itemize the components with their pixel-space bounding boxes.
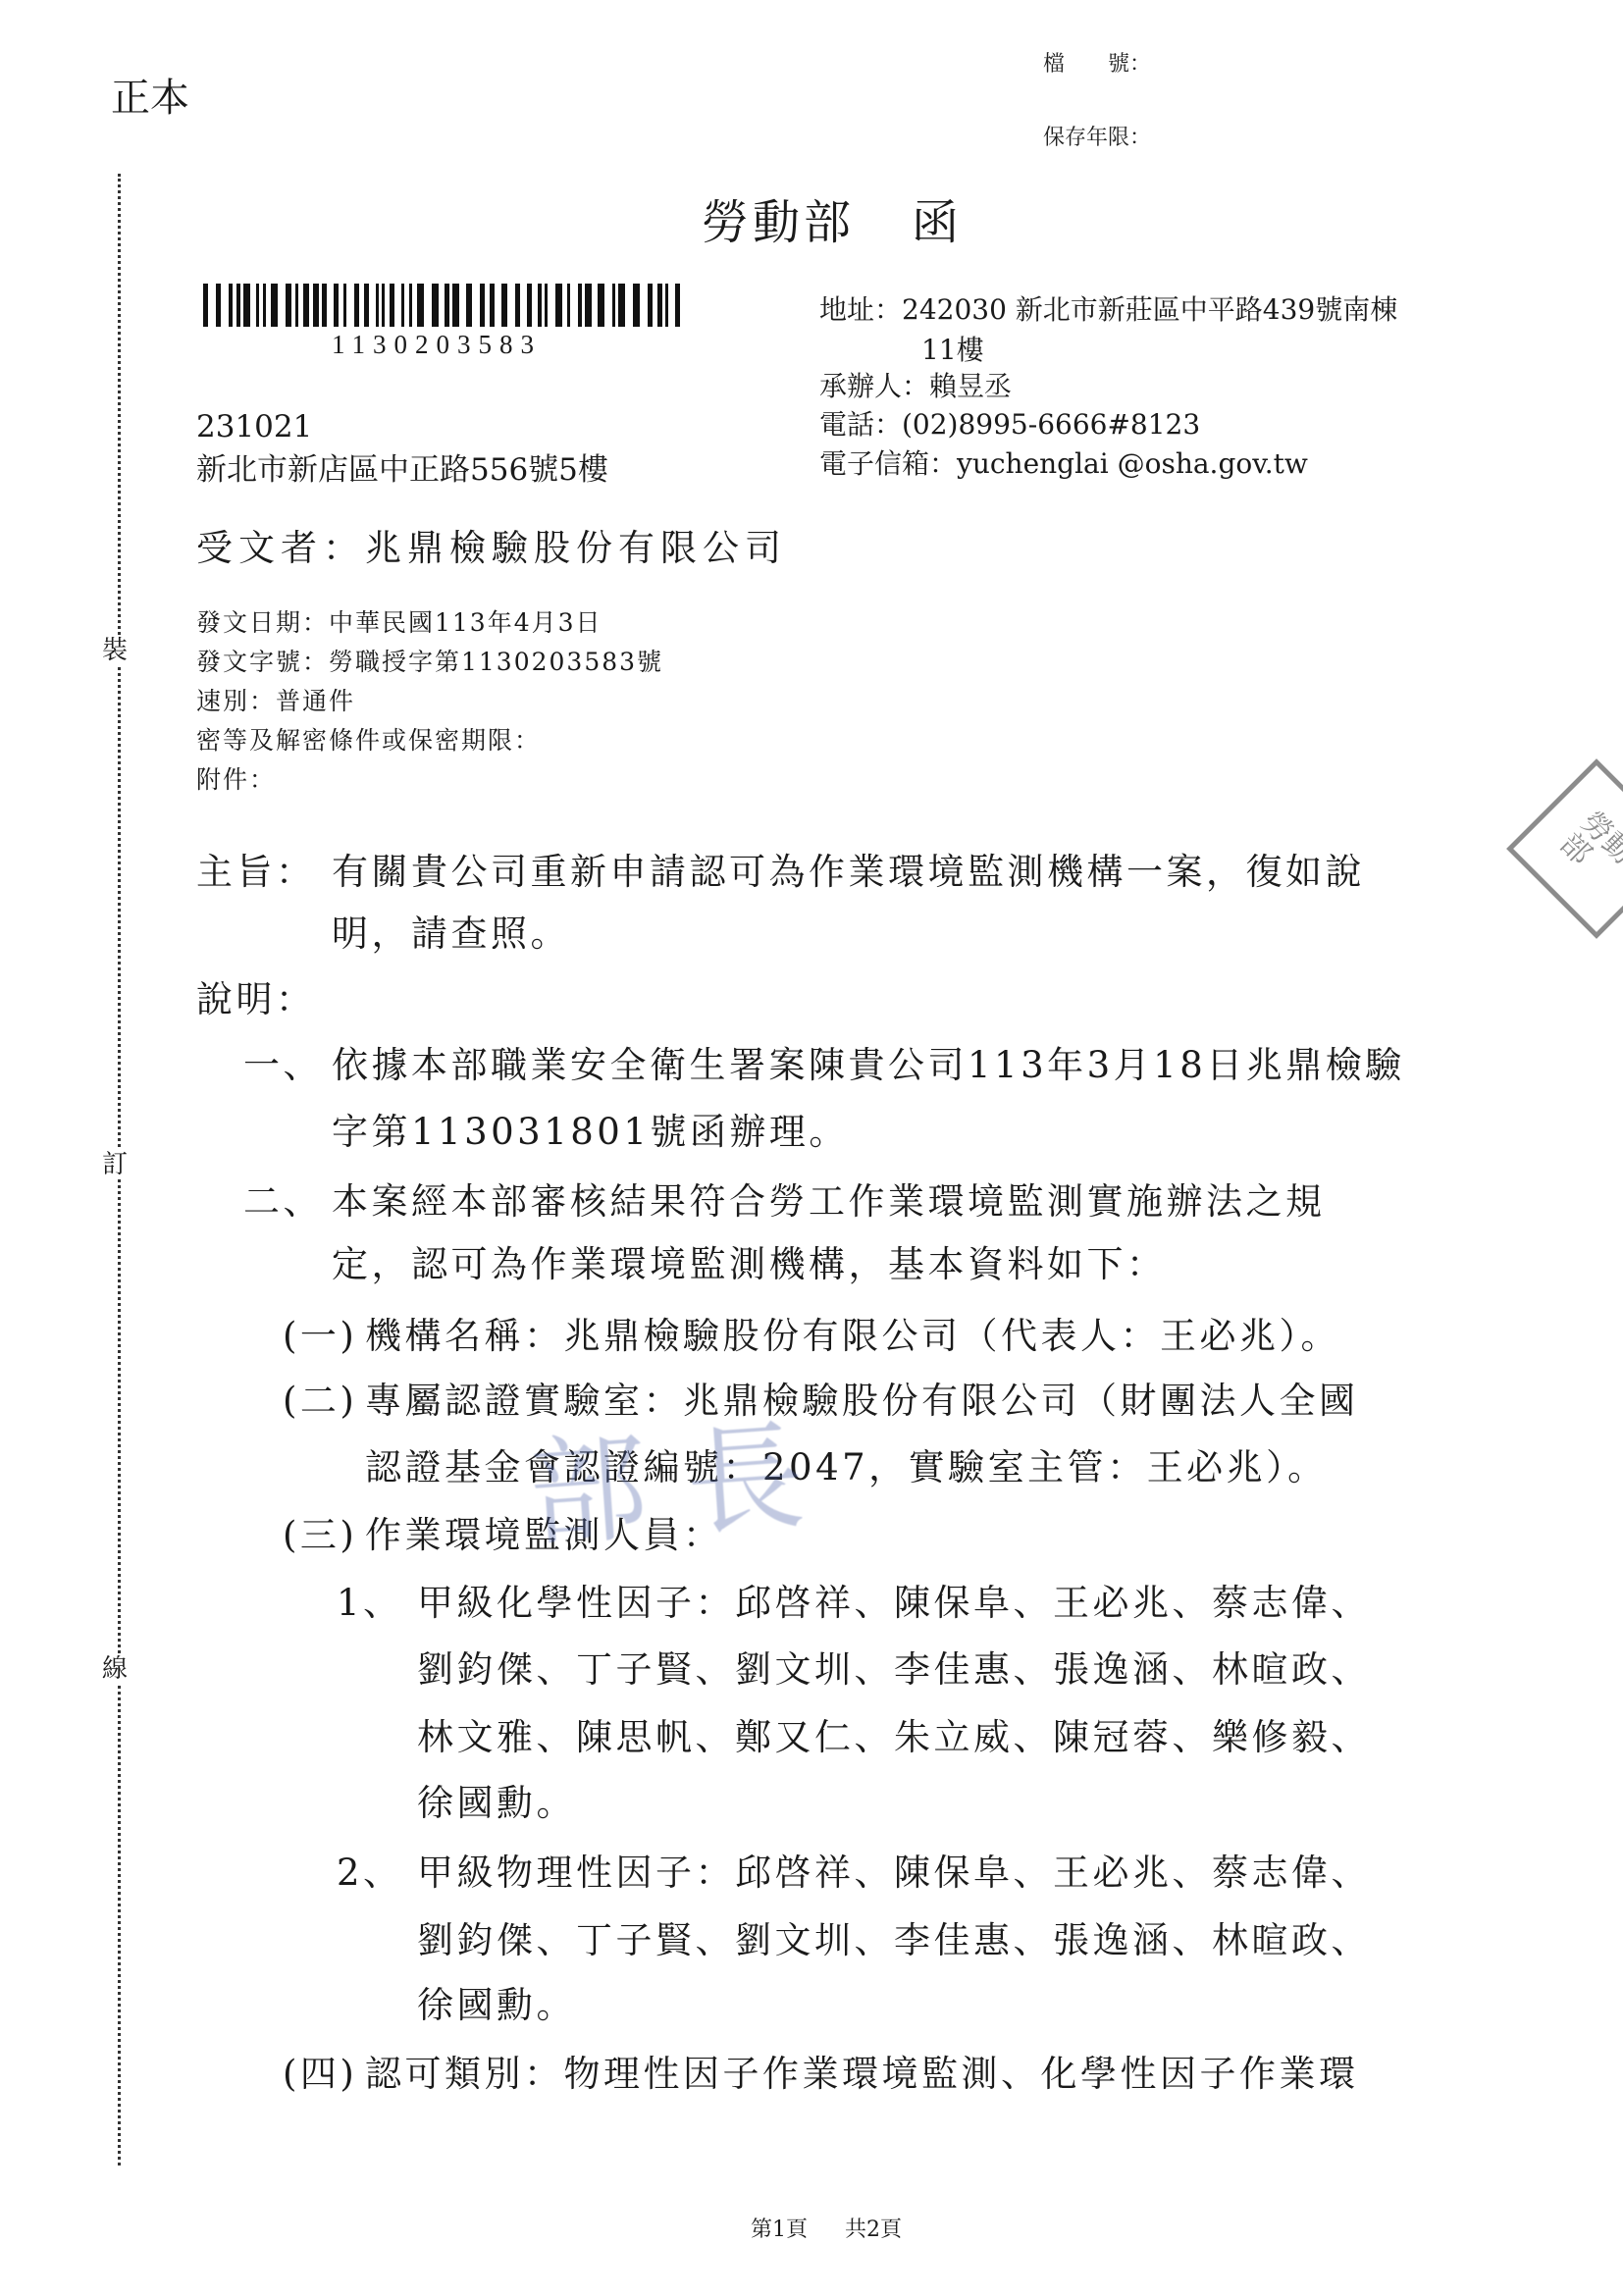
- barcode-bar: [680, 284, 683, 327]
- copy-label: 正本: [111, 78, 189, 118]
- item-1-marker: 一、: [243, 1047, 323, 1083]
- sender-address-line2: 11樓: [921, 337, 984, 364]
- item-1-line-2: 字第113031801號函辦理。: [332, 1114, 849, 1150]
- priority: 速別：普通件: [196, 689, 355, 713]
- personnel-1-line-1: 甲級化學性因子：邱啓祥、陳保阜、王必兆、蔡志偉、: [417, 1585, 1371, 1621]
- sub-item-3-marker: (三): [283, 1517, 357, 1553]
- item-1-line-1: 依據本部職業安全衛生署案陳貴公司113年3月18日兆鼎檢驗: [332, 1047, 1405, 1083]
- subject-line-2: 明，請查照。: [332, 915, 570, 952]
- explanation-label: 說明：: [196, 981, 316, 1018]
- personnel-2-line-1: 甲級物理性因子：邱啓祥、陳保阜、王必兆、蔡志偉、: [417, 1854, 1371, 1891]
- sender-address: 地址：242030 新北市新莊區中平路439號南棟: [819, 296, 1397, 324]
- title-type: 函: [912, 195, 963, 250]
- attachments: 附件：: [196, 767, 276, 792]
- barcode-bar: [424, 284, 432, 327]
- personnel-1-line-4: 徐國勳。: [417, 1785, 576, 1821]
- barcode-bar: [625, 284, 633, 327]
- barcode-bar: [548, 284, 555, 327]
- barcode: [203, 284, 684, 327]
- sub-item-2-marker: (二): [283, 1383, 357, 1419]
- page-footer: 第1頁共2頁: [751, 2219, 902, 2241]
- personnel-1-line-2: 劉鈞傑、丁子賢、劉文圳、李佳惠、張逸涵、林暄政、: [417, 1651, 1371, 1688]
- barcode-bar: [640, 284, 648, 327]
- retention-label: 保存年限：: [1043, 128, 1151, 149]
- item-2-line-2: 定，認可為作業環境監測機構，基本資料如下：: [332, 1246, 1167, 1282]
- barcode-bar: [604, 284, 612, 327]
- subject-label: 主旨：: [196, 854, 316, 890]
- document-number: 發文字號：勞職授字第1130203583號: [196, 650, 663, 674]
- seal-text: 勞動 部: [1554, 807, 1623, 892]
- file-number-label: 檔 號：: [1043, 54, 1151, 76]
- binding-mark-xian: 線: [102, 1654, 128, 1684]
- page-total: 共2頁: [845, 2218, 902, 2242]
- barcode-number: 1130203583: [332, 332, 542, 358]
- page-number: 第1頁: [751, 2218, 808, 2242]
- recipient: 受文者：兆鼎檢驗股份有限公司: [196, 530, 787, 566]
- barcode-bar: [221, 284, 229, 327]
- item-2-marker: 二、: [243, 1183, 323, 1220]
- barcode-bar: [507, 284, 515, 327]
- barcode-bar: [208, 284, 216, 327]
- item-2-line-1: 本案經本部審核結果符合勞工作業環境監測實施辦法之規: [332, 1183, 1326, 1220]
- barcode-bar: [570, 284, 578, 327]
- sub-item-4-marker: (四): [283, 2056, 357, 2092]
- recipient-address: 新北市新店區中正路556號5樓: [196, 455, 608, 486]
- recipient-postal-code: 231021: [196, 412, 312, 443]
- personnel-1-marker: 1、: [337, 1585, 403, 1621]
- seal-stamp: 勞動 部: [1506, 758, 1623, 939]
- barcode-bar: [472, 284, 480, 327]
- personnel-1-line-3: 林文雅、陳思帆、鄭又仁、朱立威、陳冠蓉、樂修毅、: [417, 1719, 1371, 1755]
- sub-item-1-line-1: 機構名稱：兆鼎檢驗股份有限公司（代表人：王必兆）。: [365, 1318, 1340, 1354]
- signature-stamp-text: 部長: [525, 1406, 848, 1564]
- document-title: 勞動部函: [702, 199, 963, 246]
- barcode-bar: [278, 284, 286, 327]
- subject-line-1: 有關貴公司重新申請認可為作業環境監測機構一案，復如說: [332, 854, 1365, 890]
- barcode-bar: [346, 284, 354, 327]
- binding-mark-zhuang: 裝: [102, 636, 128, 665]
- sender-phone: 電話：(02)8995-6666#8123: [819, 411, 1200, 439]
- title-org: 勞動部: [702, 195, 855, 250]
- sender-email: 電子信箱：yuchenglai @osha.gov.tw: [819, 450, 1308, 478]
- personnel-2-line-2: 劉鈞傑、丁子賢、劉文圳、李佳惠、張逸涵、林暄政、: [417, 1922, 1371, 1958]
- sub-item-1-marker: (一): [283, 1318, 357, 1354]
- binding-mark-ding: 訂: [102, 1150, 128, 1179]
- personnel-2-marker: 2、: [337, 1854, 403, 1891]
- sub-item-4-line-1: 認可類別：物理性因子作業環境監測、化學性因子作業環: [365, 2056, 1359, 2092]
- issue-date: 發文日期：中華民國113年4月3日: [196, 610, 602, 635]
- sender-handler: 承辦人：賴昱丞: [819, 373, 1012, 400]
- confidentiality: 密等及解密條件或保密期限：: [196, 728, 541, 753]
- personnel-2-line-3: 徐國勳。: [417, 1987, 576, 2023]
